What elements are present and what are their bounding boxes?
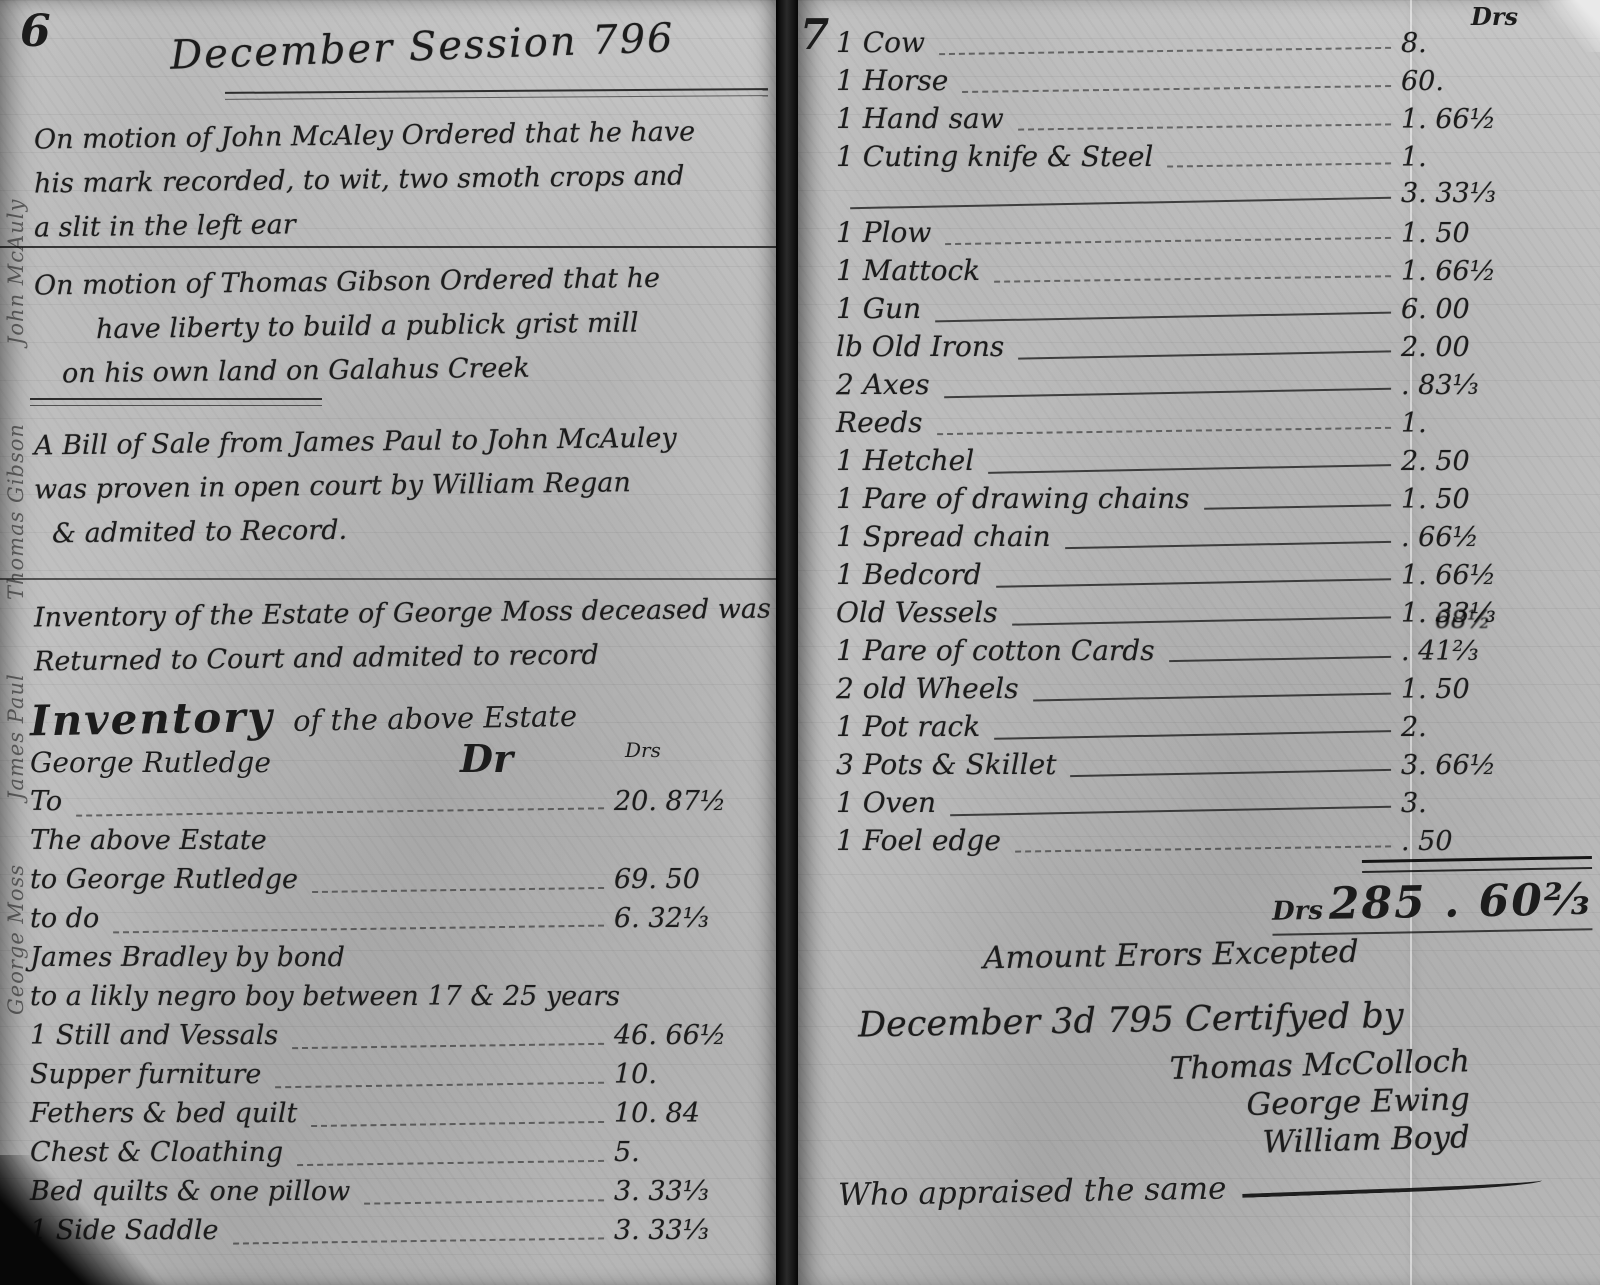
- row-label: 1 Oven: [836, 786, 936, 819]
- right-inventory-rows: 1 Cow 8. 1 Horse 60.: [836, 26, 1586, 862]
- inventory-heading-word: Inventory: [30, 692, 275, 745]
- inventory-row: Supper furniture 10.: [30, 1059, 764, 1098]
- row-label: 3 Pots & Skillet: [836, 748, 1056, 781]
- inventory-row: 1 Cuting knife & Steel 1.: [836, 140, 1586, 178]
- row-value: 20. 87½: [614, 786, 764, 817]
- row-label: 1 Spread chain: [836, 520, 1051, 553]
- court-entries: On motion of John McAley Ordered that he…: [0, 102, 778, 680]
- leader-line: [935, 300, 1391, 323]
- row-label: The above Estate: [30, 825, 267, 856]
- entry-line: on his own land on Galahus Creek: [62, 344, 772, 397]
- inventory-row: 1 Pare of cotton Cards . 41⅔: [836, 634, 1586, 672]
- row-value: 1. 50: [1401, 218, 1586, 249]
- court-entry: On motion of John McAley Ordered that he…: [0, 102, 778, 248]
- inventory-row: Fethers & bed quilt 10. 84: [30, 1098, 764, 1137]
- leader-line: [850, 185, 1391, 209]
- row-value: . 41⅔: [1401, 636, 1586, 667]
- row-value: 8.: [1401, 28, 1586, 59]
- leader-line: [297, 1147, 604, 1165]
- total-double-rule: [1362, 856, 1592, 873]
- entry-line: a slit in the left ear: [34, 197, 772, 250]
- inventory-row: 2 old Wheels 1. 50: [836, 672, 1586, 710]
- row-value: 6. 00: [1401, 294, 1586, 325]
- leader-line: [311, 1108, 604, 1126]
- leader-line: [936, 415, 1391, 435]
- row-value: . 83⅓: [1401, 370, 1586, 401]
- total-line: Drs 285 . 60⅔: [1272, 874, 1593, 936]
- row-label: 1 Foel edge: [836, 824, 1001, 857]
- row-label: Reeds: [836, 406, 923, 439]
- inventory-row: The above Estate: [30, 825, 764, 864]
- row-label: 1 Bedcord: [836, 558, 982, 591]
- row-label: 1 Still and Vessals: [30, 1020, 278, 1051]
- row-label: 1 Horse: [836, 64, 948, 97]
- inventory-row: to George Rutledge 69. 50: [30, 864, 764, 903]
- court-entry: A Bill of Sale from James Paul to John M…: [0, 408, 778, 580]
- leader-line: [994, 718, 1391, 740]
- inventory-row: 1 Oven 3.: [836, 786, 1586, 824]
- row-label: 1 Cuting knife & Steel: [836, 140, 1153, 173]
- leader-line: [1065, 529, 1392, 549]
- row-label: Chest & Cloathing: [30, 1137, 283, 1168]
- row-value: 1. 50: [1401, 484, 1586, 515]
- row-label: 1 Hetchel: [836, 444, 974, 477]
- inventory-heading: Inventory of the above Estate: [30, 684, 765, 747]
- row-value: 2. 00: [1401, 332, 1586, 363]
- inventory-row: 1 Plow 1. 50: [836, 216, 1586, 254]
- leader-line: [113, 912, 604, 933]
- page-number-right: 7: [800, 10, 829, 59]
- row-value: 1.: [1401, 142, 1586, 173]
- certification-date-line: December 3d 795 Certifyed by: [858, 993, 1600, 1046]
- leader-line: [312, 874, 604, 892]
- row-label: Supper furniture: [30, 1059, 261, 1090]
- left-page: John McAuly Thomas Gibson James Paul Geo…: [0, 0, 778, 1285]
- debtor-name: George Rutledge: [30, 746, 271, 779]
- leader-line: [988, 452, 1391, 474]
- leader-line: [994, 263, 1391, 283]
- manuscript-scan: John McAuly Thomas Gibson James Paul Geo…: [0, 0, 1600, 1285]
- row-value: 10.: [614, 1059, 764, 1090]
- margin-note: George Moss: [4, 864, 28, 1015]
- inventory-row: 1 Pot rack 2.: [836, 710, 1586, 748]
- row-value: 1. 66½: [1401, 256, 1586, 287]
- leader-line: [1203, 492, 1391, 510]
- row-label: 1 Gun: [836, 292, 921, 325]
- debtor-row: George Rutledge Dr Drs: [30, 740, 764, 786]
- row-label: to do: [30, 903, 99, 934]
- flourish-line: [1242, 1173, 1542, 1197]
- right-page: 7 Drs 1 Cow 8. 1 Horse 60.: [798, 0, 1600, 1285]
- row-value: 3. 33⅓: [614, 1176, 764, 1207]
- leader-line: [950, 794, 1391, 816]
- inventory-row: 3. 33⅓: [836, 178, 1586, 216]
- currency-label: Drs: [625, 738, 661, 762]
- leader-line: [76, 795, 604, 816]
- leader-line: [962, 73, 1391, 93]
- row-value: . 50: [1401, 826, 1586, 857]
- leader-line: [1011, 604, 1391, 625]
- row-label: 1 Hand saw: [836, 102, 1004, 135]
- appraisal-note-row: Who appraised the same: [838, 1165, 1561, 1214]
- row-value: 1. 50: [1401, 674, 1586, 705]
- inventory-row: 1 Gun 6. 00: [836, 292, 1586, 330]
- leader-line: [945, 225, 1391, 245]
- row-value: 60.: [1401, 66, 1586, 97]
- row-value: 10. 84: [614, 1098, 764, 1129]
- row-value: 3.: [1401, 788, 1586, 819]
- court-entry: On motion of Thomas Gibson Ordered that …: [0, 248, 778, 408]
- inventory-row: Chest & Cloathing 5.: [30, 1137, 764, 1176]
- row-value: 3. 33⅓: [614, 1215, 764, 1246]
- inventory-heading-rest: of the above Estate: [293, 699, 578, 738]
- row-label: 1 Plow: [836, 216, 931, 249]
- inventory-row: 1 Hetchel 2. 50: [836, 444, 1586, 482]
- row-label: 1 Pare of drawing chains: [836, 482, 1190, 515]
- row-label: to a likly negro boy between 17 & 25 yea…: [30, 981, 620, 1012]
- row-value: 2. 50: [1401, 446, 1586, 477]
- inventory-row: 1 Hand saw 1. 66½: [836, 102, 1586, 140]
- title-underline-rule: [225, 88, 768, 100]
- row-label: lb Old Irons: [836, 330, 1004, 363]
- inventory-row: 1 Side Saddle 3. 33⅓: [30, 1215, 764, 1254]
- appraiser-signatures: Thomas McColloch George Ewing William Bo…: [798, 1051, 1470, 1165]
- inventory-row: 3 Pots & Skillet 3. 66½: [836, 748, 1586, 786]
- inventory-row: 1 Bedcord 1. 66½: [836, 558, 1586, 596]
- left-inventory-rows: To 20. 87½ The above Estate to George Ru…: [30, 786, 764, 1254]
- inventory-row: Bed quilts & one pillow 3. 33⅓: [30, 1176, 764, 1215]
- inventory-row: 1 Pare of drawing chains 1. 50: [836, 482, 1586, 520]
- court-entry: Inventory of the Estate of George Moss d…: [0, 580, 778, 680]
- binding-gutter: [776, 0, 800, 1285]
- overwritten-value: 68½: [1435, 605, 1491, 634]
- margin-note: James Paul: [4, 673, 28, 800]
- entry-line: & admited to Record.: [52, 504, 772, 557]
- row-label: 1 Cow: [836, 26, 925, 59]
- row-label: 1 Side Saddle: [30, 1215, 219, 1246]
- left-page-header: 6 December Session 796: [0, 0, 778, 102]
- inventory-row: to do 6. 32⅓: [30, 903, 764, 942]
- row-value: 1.: [1401, 408, 1586, 439]
- row-value: . 66½: [1401, 522, 1586, 553]
- row-value: 69. 50: [614, 864, 764, 895]
- inventory-row: 1 Mattock 1. 66½: [836, 254, 1586, 292]
- inventory-row: lb Old Irons 2. 00: [836, 330, 1586, 368]
- row-value: 1. 33⅓ 68½: [1401, 598, 1586, 629]
- grand-total: Drs 285 . 60⅔: [1272, 858, 1592, 933]
- row-value: 5.: [614, 1137, 764, 1168]
- page-number-left: 6: [20, 6, 51, 57]
- row-label: Bed quilts & one pillow: [30, 1176, 350, 1207]
- row-label: 2 old Wheels: [836, 672, 1019, 705]
- row-value: 1. 66½: [1401, 104, 1586, 135]
- inventory-row: 1 Still and Vessals 46. 66½: [30, 1020, 764, 1059]
- leader-line: [944, 376, 1392, 399]
- leader-line: [1033, 681, 1392, 702]
- row-value: 2.: [1401, 712, 1586, 743]
- leader-line: [1070, 757, 1391, 777]
- total-currency-label: Drs: [1272, 896, 1323, 927]
- leader-line: [1168, 644, 1391, 662]
- total-amount: 285 . 60⅔: [1328, 874, 1591, 930]
- inventory-row: 1 Cow 8.: [836, 26, 1586, 64]
- row-label: To: [30, 786, 62, 817]
- certification-footer: Amount Erors Excepted December 3d 795 Ce…: [798, 935, 1600, 1207]
- leader-line: [275, 1069, 604, 1088]
- session-title: December Session 796: [169, 15, 675, 79]
- inventory-row: to a likly negro boy between 17 & 25 yea…: [30, 981, 764, 1020]
- leader-line: [939, 35, 1391, 55]
- row-label: 1 Pot rack: [836, 710, 980, 743]
- row-label: to George Rutledge: [30, 864, 298, 895]
- inventory-row: 1 Spread chain . 66½: [836, 520, 1586, 558]
- row-value: 3. 33⅓: [1401, 178, 1586, 209]
- entry-line: Returned to Court and admited to record: [34, 631, 772, 684]
- inventory-row: 2 Axes . 83⅓: [836, 368, 1586, 406]
- inventory-row: Reeds 1.: [836, 406, 1586, 444]
- row-label: James Bradley by bond: [30, 942, 345, 973]
- leader-line: [292, 1030, 604, 1048]
- leader-line: [1015, 833, 1391, 852]
- row-label: 2 Axes: [836, 368, 930, 401]
- row-label: 1 Mattock: [836, 254, 980, 287]
- leader-line: [1167, 150, 1391, 167]
- row-label: 1 Pare of cotton Cards: [836, 634, 1155, 667]
- leader-line: [232, 1225, 604, 1244]
- row-value: 1. 66½: [1401, 560, 1586, 591]
- row-label: Old Vessels: [836, 596, 998, 629]
- leader-line: [996, 566, 1392, 588]
- inventory-row: 1 Horse 60.: [836, 64, 1586, 102]
- row-value: 3. 66½: [1401, 750, 1586, 781]
- leader-line: [1018, 111, 1391, 130]
- inventory-row: To 20. 87½: [30, 786, 764, 825]
- debtor-abbreviation: Dr: [460, 736, 513, 781]
- row-value: 6. 32⅓: [614, 903, 764, 934]
- row-value: 46. 66½: [614, 1020, 764, 1051]
- leader-line: [1018, 338, 1391, 359]
- errors-excepted-note: Amount Erors Excepted: [983, 930, 1600, 977]
- leader-line: [364, 1187, 604, 1204]
- inventory-row: 1 Foel edge . 50: [836, 824, 1586, 862]
- estate-account: Inventory of the above Estate George Rut…: [30, 690, 764, 1254]
- inventory-row: Old Vessels 1. 33⅓ 68½: [836, 596, 1586, 634]
- row-label: Fethers & bed quilt: [30, 1098, 297, 1129]
- inventory-row: James Bradley by bond: [30, 942, 764, 981]
- appraisal-note: Who appraised the same: [838, 1171, 1227, 1214]
